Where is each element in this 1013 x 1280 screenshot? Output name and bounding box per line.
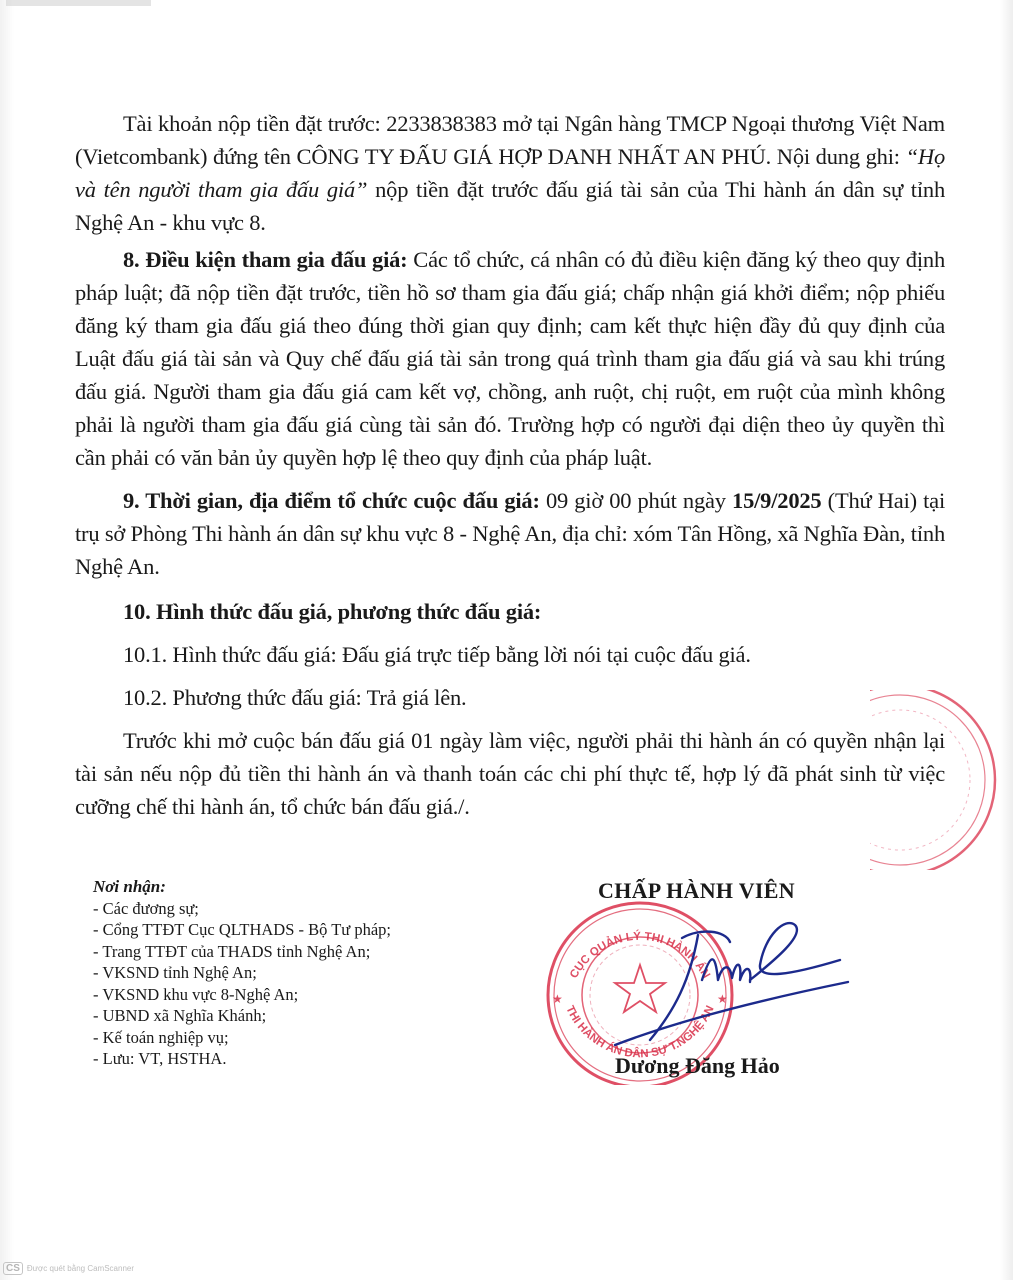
recipient-item: - Kế toán nghiệp vụ; xyxy=(93,1027,391,1049)
camscanner-watermark: CS Được quét bằng CamScanner xyxy=(3,1262,134,1275)
recipient-item: - VKSND khu vực 8-Nghệ An; xyxy=(93,984,391,1006)
recipient-item: - UBND xã Nghĩa Khánh; xyxy=(93,1005,391,1027)
auction-date: 15/9/2025 xyxy=(732,488,821,513)
paragraph-closing: Trước khi mở cuộc bán đấu giá 01 ngày là… xyxy=(75,724,945,823)
section-10-2-method: 10.2. Phương thức đấu giá: Trả giá lên. xyxy=(75,681,945,714)
recipient-item: - Trang TTĐT của THADS tỉnh Nghệ An; xyxy=(93,941,391,963)
recipient-item: - VKSND tỉnh Nghệ An; xyxy=(93,962,391,984)
recipient-item: - Cổng TTĐT Cục QLTHADS - Bộ Tư pháp; xyxy=(93,919,391,941)
document-body: Tài khoản nộp tiền đặt trước: 2233838383… xyxy=(75,107,945,823)
section-10-heading: 10. Hình thức đấu giá, phương thức đấu g… xyxy=(75,595,945,628)
recipient-item: - Lưu: VT, HSTHA. xyxy=(93,1048,391,1070)
svg-text:★: ★ xyxy=(552,992,563,1006)
section-10-1-form: 10.1. Hình thức đấu giá: Đấu giá trực ti… xyxy=(75,638,945,671)
section-8-participation-conditions: 8. Điều kiện tham gia đấu giá: Các tổ ch… xyxy=(75,243,945,474)
recipients-block: Nơi nhận: - Các đương sự;- Cổng TTĐT Cục… xyxy=(93,876,391,1070)
section-9-time-location: 9. Thời gian, địa điểm tổ chức cuộc đấu … xyxy=(75,484,945,583)
recipients-list: - Các đương sự;- Cổng TTĐT Cục QLTHADS -… xyxy=(93,898,391,1070)
document-page: Tài khoản nộp tiền đặt trước: 2233838383… xyxy=(0,0,1013,1280)
recipient-item: - Các đương sự; xyxy=(93,898,391,920)
camscanner-logo-icon: CS xyxy=(3,1262,23,1275)
section-9-heading: 9. Thời gian, địa điểm tổ chức cuộc đấu … xyxy=(123,488,540,513)
signatory-name: Dương Đăng Hảo xyxy=(615,1053,780,1079)
section-8-heading: 8. Điều kiện tham gia đấu giá: xyxy=(123,247,407,272)
partial-seal-stamp-icon xyxy=(870,690,1010,870)
paragraph-deposit-account: Tài khoản nộp tiền đặt trước: 2233838383… xyxy=(75,107,945,239)
recipients-title: Nơi nhận: xyxy=(93,876,391,898)
scan-edge-strip xyxy=(6,0,151,6)
handwritten-signature xyxy=(590,920,850,1060)
